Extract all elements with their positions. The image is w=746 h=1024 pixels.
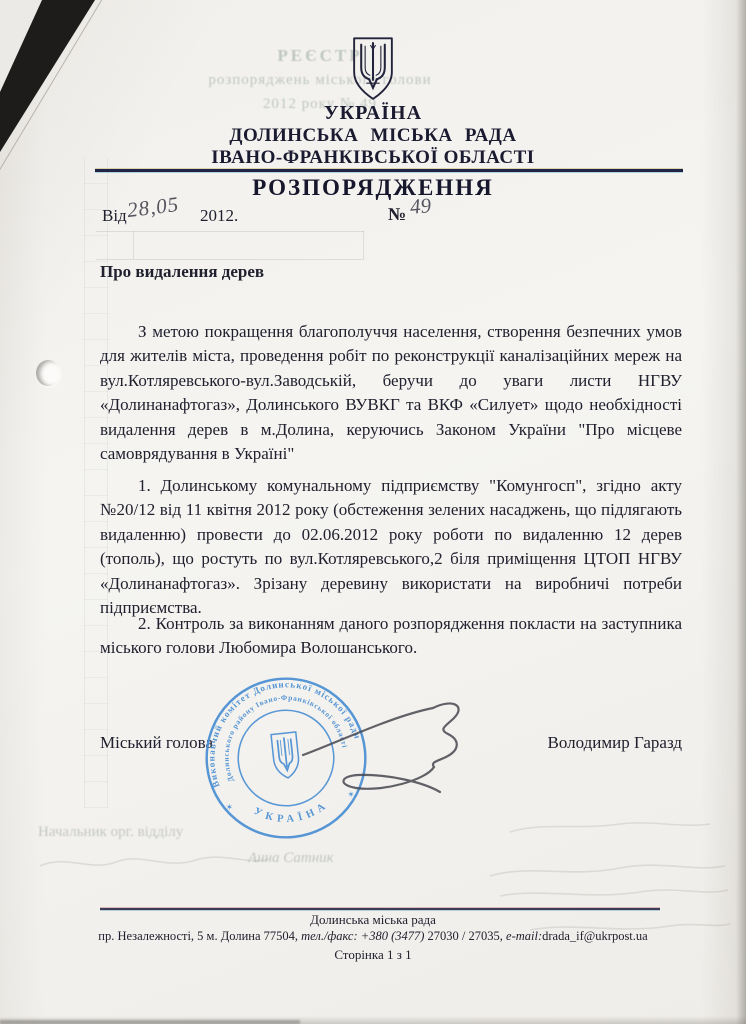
footer-phone-label: тел./факс: +380 (3477) [301, 929, 424, 943]
header-region: ІВАНО-ФРАНКІВСЬКОЇ ОБЛАСТІ [0, 147, 746, 169]
footer-email-label: e-mail: [506, 929, 542, 943]
page-edge-dark-sliver [0, 1020, 300, 1024]
footer-address-street: пр. Незалежності, 5 м. Долина 77504, [98, 929, 301, 943]
bleedthrough-table-line [363, 231, 364, 259]
header-divider [95, 169, 683, 172]
date-label: Від [102, 206, 127, 226]
footer-organization: Долинська міська рада [80, 912, 666, 928]
document-type-title: РОЗПОРЯДЖЕННЯ [0, 175, 746, 201]
bleedthrough-table-line [96, 259, 364, 260]
footer-address: пр. Незалежності, 5 м. Долина 77504, тел… [80, 929, 666, 944]
header-country: УКРАЇНА [0, 102, 746, 125]
punch-hole [36, 360, 60, 386]
footer-email-value: drada_if@ukrpost.ua [542, 929, 648, 943]
handwritten-number: 49 [409, 193, 432, 220]
handwritten-signature [288, 688, 488, 813]
decree-preamble: З метою покращення благополуччя населенн… [100, 320, 682, 466]
decree-item-1: 1. Долинському комунальному підприємству… [100, 474, 682, 620]
handwritten-date: 28,05 [126, 192, 181, 223]
bleedthrough-table-line [133, 231, 134, 259]
trident-icon [349, 36, 397, 102]
footer-page-note: Сторінка 1 з 1 [80, 947, 666, 963]
decree-item-2: 2. Контроль за виконанням даного розпоря… [100, 612, 682, 661]
footer-divider [100, 908, 660, 910]
footer-phone-numbers: 27030 / 27035, [424, 929, 506, 943]
header-council: ДОЛИНСЬКА МІСЬКА РАДА [0, 125, 746, 147]
number-label: № [388, 204, 406, 225]
date-year: 2012. [200, 206, 238, 226]
signer-name: Володимир Гаразд [547, 733, 682, 753]
ukraine-coat-of-arms [0, 36, 746, 102]
scanned-document-page: РЕЄСТР розпоряджень міського голови 2012… [0, 0, 746, 1024]
signer-position: Міський голова [100, 733, 213, 753]
bleedthrough-role-text: Начальник орг. відділу [38, 824, 183, 841]
bleedthrough-table-line [96, 231, 364, 232]
document-subject: Про видалення дерев [100, 262, 264, 282]
stamp-star-left: ✶ [225, 802, 233, 813]
bleedthrough-signature-squiggle [36, 846, 336, 876]
